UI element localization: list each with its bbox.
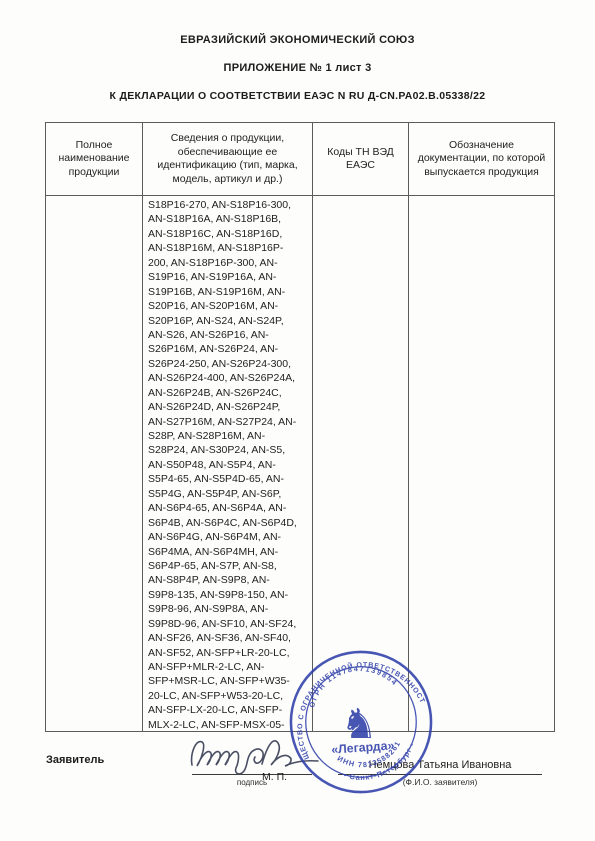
applicant-label: Заявитель bbox=[46, 754, 104, 766]
product-code-line: S9P8-135, AN-S9P8-150, AN- bbox=[148, 588, 310, 602]
product-code-line: 200, AN-S18P16P-300, AN- bbox=[148, 256, 310, 270]
product-code-line: S19P16, AN-S19P16A, AN- bbox=[148, 270, 310, 284]
product-code-line: AN-S18P16C, AN-S18P16D, bbox=[148, 227, 310, 241]
product-code-line: S20P16, AN-S20P16M, AN- bbox=[148, 299, 310, 313]
product-code-line: AN-S8P4P, AN-S9P8, AN- bbox=[148, 573, 310, 587]
product-code-line: S20P16P, AN-S24, AN-S24P, bbox=[148, 314, 310, 328]
product-code-line: AN-SF26, AN-SF36, AN-SF40, bbox=[148, 631, 310, 645]
product-code-line: S6P4MA, AN-S6P4MH, AN- bbox=[148, 545, 310, 559]
product-code-line: S28P, AN-S28P16M, AN- bbox=[148, 429, 310, 443]
union-title: ЕВРАЗИЙСКИЙ ЭКОНОМИЧЕСКИЙ СОЮЗ bbox=[0, 34, 595, 46]
product-code-line: AN-S6P4G, AN-S6P4M, AN- bbox=[148, 530, 310, 544]
product-code-line: S6P4B, AN-S6P4C, AN-S6P4D, bbox=[148, 516, 310, 530]
product-code-line: AN-S18P16A, AN-S18P16B, bbox=[148, 212, 310, 226]
product-code-line: 20-LC, AN-SFP+W53-20-LC, bbox=[148, 689, 310, 703]
product-code-line: S9P8D-96, AN-SF10, AN-SF24, bbox=[148, 617, 310, 631]
product-code-line: S26P16M, AN-S26P24, AN- bbox=[148, 342, 310, 356]
products-table: Полное наименование продукции Сведения о… bbox=[45, 122, 555, 732]
column-header-tnved-codes: Коды ТН ВЭД ЕАЭС bbox=[313, 123, 409, 196]
product-code-line: AN-S26P24-400, AN-S26P24A, bbox=[148, 371, 310, 385]
product-code-line: AN-S50P48, AN-S5P4, AN- bbox=[148, 458, 310, 472]
product-code-line: S18P16-270, AN-S18P16-300, bbox=[148, 198, 310, 212]
product-code-line: AN-SFP+MLR-2-LC, AN- bbox=[148, 660, 310, 674]
product-code-line: AN-S18P16M, AN-S18P16P- bbox=[148, 241, 310, 255]
product-code-line: AN-S26, AN-S26P16, AN- bbox=[148, 328, 310, 342]
column-header-documentation: Обозначение документации, по которой вып… bbox=[409, 123, 554, 196]
product-code-line: S5P4G, AN-S5P4P, AN-S6P, bbox=[148, 487, 310, 501]
product-code-line: S6P4P-65, AN-S7P, AN-S8, bbox=[148, 559, 310, 573]
product-code-line: AN-S6P4-65, AN-S6P4A, AN- bbox=[148, 501, 310, 515]
product-code-line: AN-S27P16M, AN-S27P24, AN- bbox=[148, 415, 310, 429]
product-code-line: S9P8-96, AN-S9P8A, AN- bbox=[148, 602, 310, 616]
product-code-line: S28P24, AN-S30P24, AN-S5, bbox=[148, 443, 310, 457]
product-code-line: SFP+MSR-LC, AN-SFP+W35- bbox=[148, 674, 310, 688]
product-code-line: S19P16B, AN-S19P16M, AN- bbox=[148, 285, 310, 299]
company-round-stamp: ОБЩЕСТВО С ОГРАНИЧЕННОЙ ОТВЕТСТВЕННОСТЬЮ… bbox=[287, 648, 435, 796]
appendix-title: ПРИЛОЖЕНИЕ № 1 лист 3 bbox=[0, 62, 595, 74]
cell-product-name bbox=[46, 196, 143, 731]
product-code-line: AN-S26P24B, AN-S26P24C, bbox=[148, 386, 310, 400]
product-code-line: S5P4-65, AN-S5P4D-65, AN- bbox=[148, 472, 310, 486]
document-page: ЕВРАЗИЙСКИЙ ЭКОНОМИЧЕСКИЙ СОЮЗ ПРИЛОЖЕНИ… bbox=[0, 0, 595, 841]
product-code-line: AN-S26P24D, AN-S26P24P, bbox=[148, 400, 310, 414]
product-code-line: AN-SFP-LX-20-LC, AN-SFP- bbox=[148, 703, 310, 717]
product-code-line: MLX-2-LC, AN-SFP-MSX-05- bbox=[148, 718, 310, 731]
column-header-identification: Сведения о продукции, обеспечивающие ее … bbox=[143, 123, 313, 196]
declaration-number-title: К ДЕКЛАРАЦИИ О СООТВЕТСТВИИ ЕАЭС N RU Д-… bbox=[0, 90, 595, 102]
product-code-line: AN-SF52, AN-SFP+LR-20-LC, bbox=[148, 646, 310, 660]
product-code-line: S26P24-250, AN-S26P24-300, bbox=[148, 357, 310, 371]
column-header-product-name: Полное наименование продукции bbox=[46, 123, 143, 196]
